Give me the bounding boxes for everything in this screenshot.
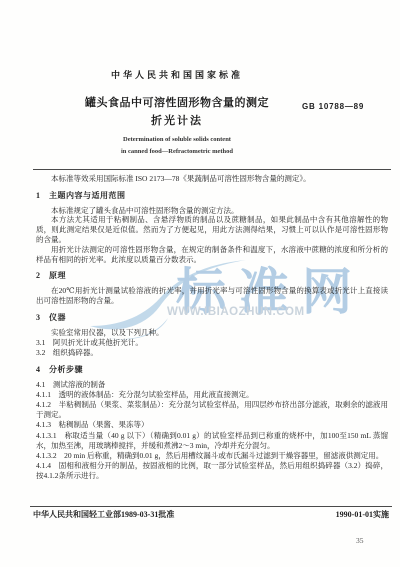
document-footer: 中华人民共和国轻工业部1989-03-31批准 1990-01-01实施: [33, 509, 389, 520]
implementation-note: 1990-01-01实施: [336, 509, 389, 520]
standard-document-page: 标准网 WWW.IBIAOZHUN.COM 中华人民共和国国家标准 罐头食品中可…: [0, 0, 400, 567]
body-paragraph: 本标准等效采用国际标准 ISO 2173—78《果蔬制品可溶性固形物含量的测定》…: [36, 174, 388, 184]
standard-number: GB 10788—89: [302, 102, 364, 111]
section-heading: 3 仪器: [36, 313, 388, 323]
clause-line: 4.1.3 粘稠制品（果酱、果冻等）: [36, 420, 388, 430]
document-subtitle-cn: 折光计法: [0, 112, 354, 128]
document-title-en-line2: in canned food—Refractometric method: [0, 148, 354, 155]
clause-line: 4.1.2 半粘稠制品（果浆、菜浆制品）：充分混匀试验室样品，用四层纱布挤出部分…: [36, 400, 388, 420]
standard-type-heading: 中华人民共和国国家标准: [0, 68, 354, 81]
document-title-en-line1: Determination of soluble solids content: [0, 136, 354, 143]
clause-line: 3.2 组织捣碎器。: [36, 348, 388, 358]
clause-line: 3.1 阿贝折光计或其他折光计。: [36, 338, 388, 348]
document-body: 本标准等效采用国际标准 ISO 2173—78《果蔬制品可溶性固形物含量的测定》…: [36, 174, 388, 481]
header-divider: [33, 169, 391, 170]
body-paragraph: 用折光计法测定的可溶性固形物含量，在规定的制备条件和温度下，水溶液中蔗糖的浓度和…: [36, 245, 388, 265]
approval-note: 中华人民共和国轻工业部1989-03-31批准: [33, 509, 174, 520]
body-paragraph: 本方法尤其适用于粘稠制品、含悬浮物质的制品以及蔗糖制品，如果此制品中含有其他溶解…: [36, 215, 388, 244]
body-paragraph: 本标准规定了罐头食品中可溶性固形物含量的测定方法。: [36, 206, 388, 216]
section-heading: 1 主题内容与适用范围: [36, 191, 388, 201]
document-title-cn: 罐头食品中可溶性固形物含量的测定: [0, 94, 354, 110]
clause-line: 4.1.1 透明的液体制品：充分混匀试验室样品，用此液直接测定。: [36, 390, 388, 400]
section-heading: 4 分析步骤: [36, 365, 388, 375]
clause-line: 4.1.4 固相和液相分开的制品，按固液相的比例，取一部分试验室样品，然后用组织…: [36, 461, 388, 481]
clause-line: 4.1.3.2 20 min 后称重，精确到0.01 g，然后用槽纹漏斗或布氏漏…: [36, 451, 388, 461]
clause-line: 4.1 测试溶液的制备: [36, 380, 388, 390]
body-paragraph: 在20℃用折光计测量试验溶液的折光率，并用折光率与可溶性固形物含量的换算表或折光…: [36, 286, 388, 306]
section-heading: 2 原理: [36, 271, 388, 281]
page-number: 35: [356, 536, 364, 545]
body-paragraph: 实验室常用仪器，以及下列几种。: [36, 328, 388, 338]
clause-line: 4.1.3.1 称取适当量（40 g 以下）（精确到0.01 g）的试验室样品到…: [36, 431, 388, 451]
footer-divider: [30, 506, 392, 507]
